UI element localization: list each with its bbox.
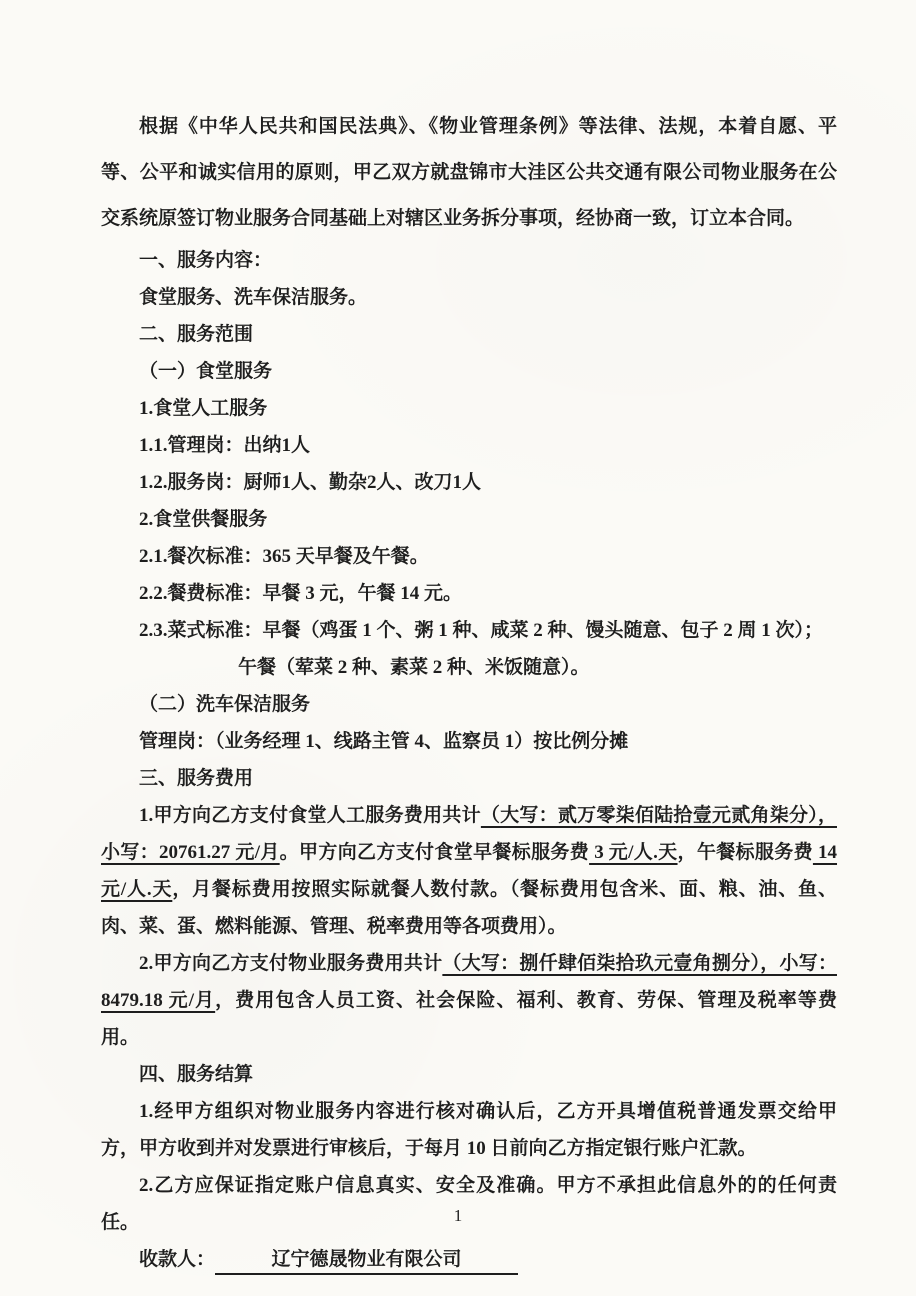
heading-service-settlement: 四、服务结算 [101, 1056, 837, 1093]
text-segment: 2.甲方向乙方支付物业服务费用共计 [139, 953, 442, 974]
text-segment: 午餐（荤菜 2 种、素菜 2 种、米饭随意）。 [238, 657, 590, 678]
service-content-text: 食堂服务、洗车保洁服务。 [101, 279, 837, 316]
subheading-canteen-service: （一）食堂服务 [101, 353, 837, 390]
text-segment: 2.1.餐次标准：365 天早餐及午餐。 [139, 546, 429, 567]
payee-blank-field: 辽宁德晟物业有限公司 [215, 1247, 518, 1275]
text-segment: 食堂服务、洗车保洁服务。 [139, 287, 367, 308]
carwash-management-post: 管理岗：（业务经理 1、线路主管 4、监察员 1）按比例分摊 [101, 723, 837, 760]
text-segment: 收款人： [139, 1249, 215, 1270]
document-body: 根据《中华人民共和国民法典》、《物业管理条例》等法律、法规，本着自愿、平等、公平… [101, 104, 837, 1278]
text-segment: （一）食堂服务 [139, 361, 272, 382]
text-segment: 2.2.餐费标准：早餐 3 元，午餐 14 元。 [139, 583, 462, 604]
item-canteen-labor-service: 1.食堂人工服务 [101, 390, 837, 427]
text-segment: 1.2.服务岗：厨师1人、勤杂2人、改刀1人 [139, 472, 481, 493]
heading-service-scope: 二、服务范围 [101, 316, 837, 353]
text-segment: 1.1.管理岗：出纳1人 [139, 435, 310, 456]
heading-service-content: 一、服务内容： [101, 242, 837, 279]
text-segment: 1.甲方向乙方支付食堂人工服务费用共计 [139, 805, 481, 826]
payee-line: 收款人：辽宁德晟物业有限公司 [101, 1241, 837, 1278]
text-segment: （二）洗车保洁服务 [139, 694, 310, 715]
item-menu-standard: 2.3.菜式标准：早餐（鸡蛋 1 个、粥 1 种、咸菜 2 种、馒头随意、包子 … [101, 612, 837, 649]
text-segment: 1.经甲方组织对物业服务内容进行核对确认后，乙方开具增值税普通发票交给甲方，甲方… [101, 1101, 837, 1159]
text-segment: 四、服务结算 [139, 1064, 253, 1085]
text-segment: 2.3.菜式标准：早餐（鸡蛋 1 个、粥 1 种、咸菜 2 种、馒头随意、包子 … [139, 620, 823, 641]
text-segment: ，午餐标服务费 [678, 842, 813, 863]
heading-service-fee: 三、服务费用 [101, 760, 837, 797]
text-segment: 一、服务内容： [139, 250, 272, 271]
settlement-item-2: 2.乙方应保证指定账户信息真实、安全及准确。甲方不承担此信息外的的任何责任。 [101, 1167, 837, 1241]
text-segment: 二、服务范围 [139, 324, 253, 345]
intro-paragraph: 根据《中华人民共和国民法典》、《物业管理条例》等法律、法规，本着自愿、平等、公平… [101, 104, 837, 242]
item-management-post: 1.1.管理岗：出纳1人 [101, 427, 837, 464]
subheading-carwash-service: （二）洗车保洁服务 [101, 686, 837, 723]
text-segment: ，月餐标费用按照实际就餐人数付款。（餐标费用包含米、面、粮、油、鱼、肉、菜、蛋、… [101, 879, 837, 937]
canteen-fee-paragraph: 1.甲方向乙方支付食堂人工服务费用共计（大写：贰万零柒佰陆拾壹元贰角柒分），小写… [101, 797, 837, 945]
text-segment: 管理岗：（业务经理 1、线路主管 4、监察员 1）按比例分摊 [139, 731, 628, 752]
page-number: 1 [0, 1206, 916, 1226]
item-meal-fee-standard: 2.2.餐费标准：早餐 3 元，午餐 14 元。 [101, 575, 837, 612]
document-page: 根据《中华人民共和国民法典》、《物业管理条例》等法律、法规，本着自愿、平等、公平… [0, 0, 916, 1296]
item-canteen-meal-service: 2.食堂供餐服务 [101, 501, 837, 538]
item-service-post: 1.2.服务岗：厨师1人、勤杂2人、改刀1人 [101, 464, 837, 501]
item-menu-standard-continuation: 午餐（荤菜 2 种、素菜 2 种、米饭随意）。 [101, 649, 837, 686]
settlement-item-1: 1.经甲方组织对物业服务内容进行核对确认后，乙方开具增值税普通发票交给甲方，甲方… [101, 1093, 837, 1167]
item-meal-times-standard: 2.1.餐次标准：365 天早餐及午餐。 [101, 538, 837, 575]
text-segment: 2.食堂供餐服务 [139, 509, 267, 530]
text-segment: 三、服务费用 [139, 768, 253, 789]
text-segment: 根据《中华人民共和国民法典》、《物业管理条例》等法律、法规，本着自愿、平等、公平… [101, 116, 837, 229]
underlined-text: 3 元/人.天 [589, 842, 677, 863]
text-segment: 1.食堂人工服务 [139, 398, 267, 419]
property-fee-paragraph: 2.甲方向乙方支付物业服务费用共计（大写：捌仟肆佰柒拾玖元壹角捌分），小写：84… [101, 945, 837, 1056]
text-segment: 。甲方向乙方支付食堂早餐标服务费 [280, 842, 589, 863]
